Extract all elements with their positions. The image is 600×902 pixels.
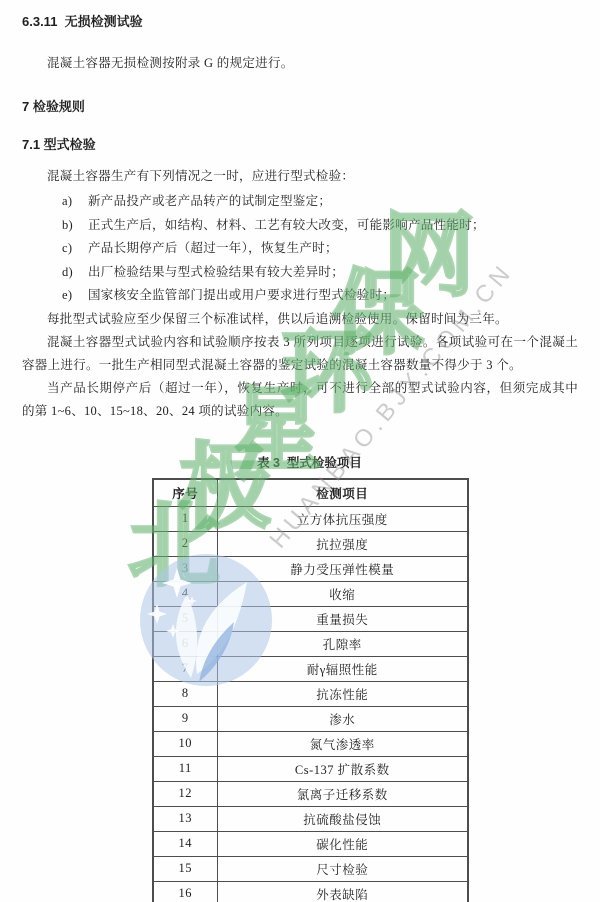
row-number-cell: 2 xyxy=(153,531,217,556)
table-3-title: 表 3 型式检验项目 xyxy=(152,453,467,471)
test-item-cell: 立方体抗压强度 xyxy=(217,506,468,531)
document-content: 6.3.11 无损检测试验 混凝土容器无损检测按附录 G 的规定进行。 7 检验… xyxy=(0,0,600,902)
list-item-label: e) xyxy=(62,284,88,308)
table-row: 1立方体抗压强度 xyxy=(153,506,468,531)
table-header-row: 序号 检测项目 xyxy=(153,479,468,507)
row-number-cell: 15 xyxy=(153,856,217,881)
list-item: a) 新产品投产或老产品转产的试制定型鉴定； xyxy=(62,190,578,214)
table-row: 7耐γ辐照性能 xyxy=(153,656,468,681)
test-item-cell: 收缩 xyxy=(217,581,468,606)
row-number-cell: 10 xyxy=(153,731,217,756)
table-row: 10氮气渗透率 xyxy=(153,731,468,756)
table-row: 8抗冻性能 xyxy=(153,681,468,706)
list-item-text: 产品长期停产后（超过一年），恢复生产时； xyxy=(88,237,338,261)
list-item: d) 出厂检验结果与型式检验结果有较大差异时； xyxy=(62,261,578,285)
table-row: 15尺寸检验 xyxy=(153,856,468,881)
table-row: 14碳化性能 xyxy=(153,831,468,856)
section-heading-7-1: 7.1 型式检验 xyxy=(22,137,578,153)
row-number-cell: 12 xyxy=(153,781,217,806)
test-item-cell: 重量损失 xyxy=(217,606,468,631)
row-number-cell: 3 xyxy=(153,556,217,581)
test-item-cell: Cs-137 扩散系数 xyxy=(217,756,468,781)
paragraph-test-order: 混凝土容器型式试验内容和试验顺序按表 3 所列项目逐项进行试验。各项试验可在一个… xyxy=(22,331,578,377)
type-inspection-condition-list: a) 新产品投产或老产品转产的试制定型鉴定； b) 正式生产后，如结构、材料、工… xyxy=(22,190,578,308)
table-row: 2抗拉强度 xyxy=(153,531,468,556)
row-number-cell: 8 xyxy=(153,681,217,706)
row-number-cell: 7 xyxy=(153,656,217,681)
test-item-cell: 外表缺陷 xyxy=(217,881,468,902)
table-row: 6孔隙率 xyxy=(153,631,468,656)
list-item: e) 国家核安全监管部门提出或用户要求进行型式检验时； xyxy=(62,284,578,308)
test-item-cell: 氮气渗透率 xyxy=(217,731,468,756)
column-header-no: 序号 xyxy=(153,479,217,507)
list-item: b) 正式生产后，如结构、材料、工艺有较大改变，可能影响产品性能时； xyxy=(62,214,578,238)
document-page: 6.3.11 无损检测试验 混凝土容器无损检测按附录 G 的规定进行。 7 检验… xyxy=(0,0,600,902)
row-number-cell: 14 xyxy=(153,831,217,856)
test-item-cell: 耐γ辐照性能 xyxy=(217,656,468,681)
table-row: 5重量损失 xyxy=(153,606,468,631)
table-row: 12氯离子迁移系数 xyxy=(153,781,468,806)
list-item-text: 正式生产后，如结构、材料、工艺有较大改变，可能影响产品性能时； xyxy=(88,214,485,238)
list-item-label: d) xyxy=(62,261,88,285)
test-item-cell: 碳化性能 xyxy=(217,831,468,856)
row-number-cell: 5 xyxy=(153,606,217,631)
table-row: 16外表缺陷 xyxy=(153,881,468,902)
row-number-cell: 1 xyxy=(153,506,217,531)
row-number-cell: 13 xyxy=(153,806,217,831)
paragraph-resume-production: 当产品长期停产后（超过一年），恢复生产时，可不进行全部的型式试验内容，但须完成其… xyxy=(22,377,578,423)
test-item-cell: 尺寸检验 xyxy=(217,856,468,881)
row-number-cell: 6 xyxy=(153,631,217,656)
table-row: 13抗硫酸盐侵蚀 xyxy=(153,806,468,831)
table-row: 3静力受压弹性模量 xyxy=(153,556,468,581)
list-item-text: 出厂检验结果与型式检验结果有较大差异时； xyxy=(88,261,344,285)
section-heading-6-3-11: 6.3.11 无损检测试验 xyxy=(22,14,578,30)
test-item-cell: 抗硫酸盐侵蚀 xyxy=(217,806,468,831)
table-row: 9渗水 xyxy=(153,706,468,731)
row-number-cell: 9 xyxy=(153,706,217,731)
row-number-cell: 4 xyxy=(153,581,217,606)
list-item-label: c) xyxy=(62,237,88,261)
row-number-cell: 11 xyxy=(153,756,217,781)
section-heading-7: 7 检验规则 xyxy=(22,99,578,115)
table-row: 11Cs-137 扩散系数 xyxy=(153,756,468,781)
list-item-label: b) xyxy=(62,214,88,238)
column-header-item: 检测项目 xyxy=(217,479,468,507)
list-item: c) 产品长期停产后（超过一年），恢复生产时； xyxy=(62,237,578,261)
test-item-cell: 氯离子迁移系数 xyxy=(217,781,468,806)
paragraph-retain-samples: 每批型式试验应至少保留三个标准试样，供以后追溯检验使用。保留时间为三年。 xyxy=(22,308,578,331)
list-item-label: a) xyxy=(62,190,88,214)
test-item-cell: 抗拉强度 xyxy=(217,531,468,556)
test-item-cell: 静力受压弹性模量 xyxy=(217,556,468,581)
test-item-cell: 孔隙率 xyxy=(217,631,468,656)
table-row: 4收缩 xyxy=(153,581,468,606)
inspection-table-body: 1立方体抗压强度 2抗拉强度 3静力受压弹性模量 4收缩 5重量损失 6孔隙率 … xyxy=(153,506,468,902)
paragraph-ndt: 混凝土容器无损检测按附录 G 的规定进行。 xyxy=(22,52,578,75)
list-item-text: 新产品投产或老产品转产的试制定型鉴定； xyxy=(88,190,331,214)
paragraph-intro: 混凝土容器生产有下列情况之一时，应进行型式检验： xyxy=(22,165,578,188)
type-inspection-items-table: 序号 检测项目 1立方体抗压强度 2抗拉强度 3静力受压弹性模量 4收缩 5重量… xyxy=(152,478,469,902)
test-item-cell: 渗水 xyxy=(217,706,468,731)
list-item-text: 国家核安全监管部门提出或用户要求进行型式检验时； xyxy=(88,284,395,308)
row-number-cell: 16 xyxy=(153,881,217,902)
test-item-cell: 抗冻性能 xyxy=(217,681,468,706)
